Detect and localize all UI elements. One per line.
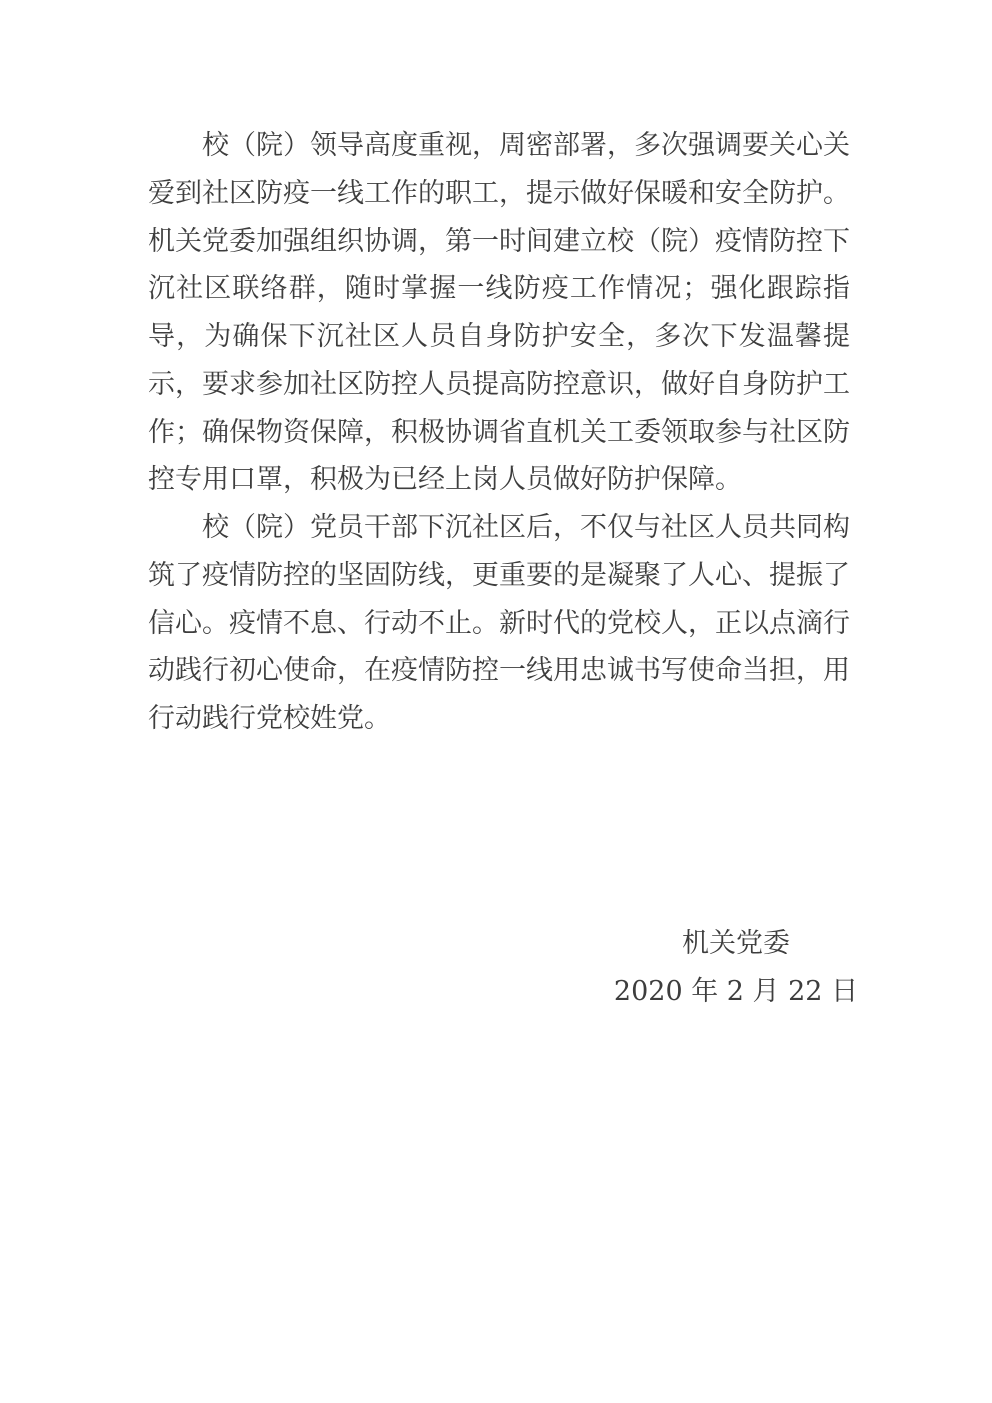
document-body: 校（院）领导高度重视，周密部署，多次强调要关心关爱到社区防疫一线工作的职工，提示…: [148, 122, 850, 743]
document-page: 校（院）领导高度重视，周密部署，多次强调要关心关爱到社区防疫一线工作的职工，提示…: [0, 0, 992, 1403]
paragraph-1: 校（院）领导高度重视，周密部署，多次强调要关心关爱到社区防疫一线工作的职工，提示…: [148, 122, 850, 504]
paragraph-2: 校（院）党员干部下沉社区后，不仅与社区人员共同构筑了疫情防控的坚固防线，更重要的…: [148, 504, 850, 743]
signature-block: 机关党委 2020 年 2 月 22 日: [586, 920, 886, 1016]
signature-date: 2020 年 2 月 22 日: [586, 968, 886, 1016]
signature-name: 机关党委: [586, 920, 886, 968]
